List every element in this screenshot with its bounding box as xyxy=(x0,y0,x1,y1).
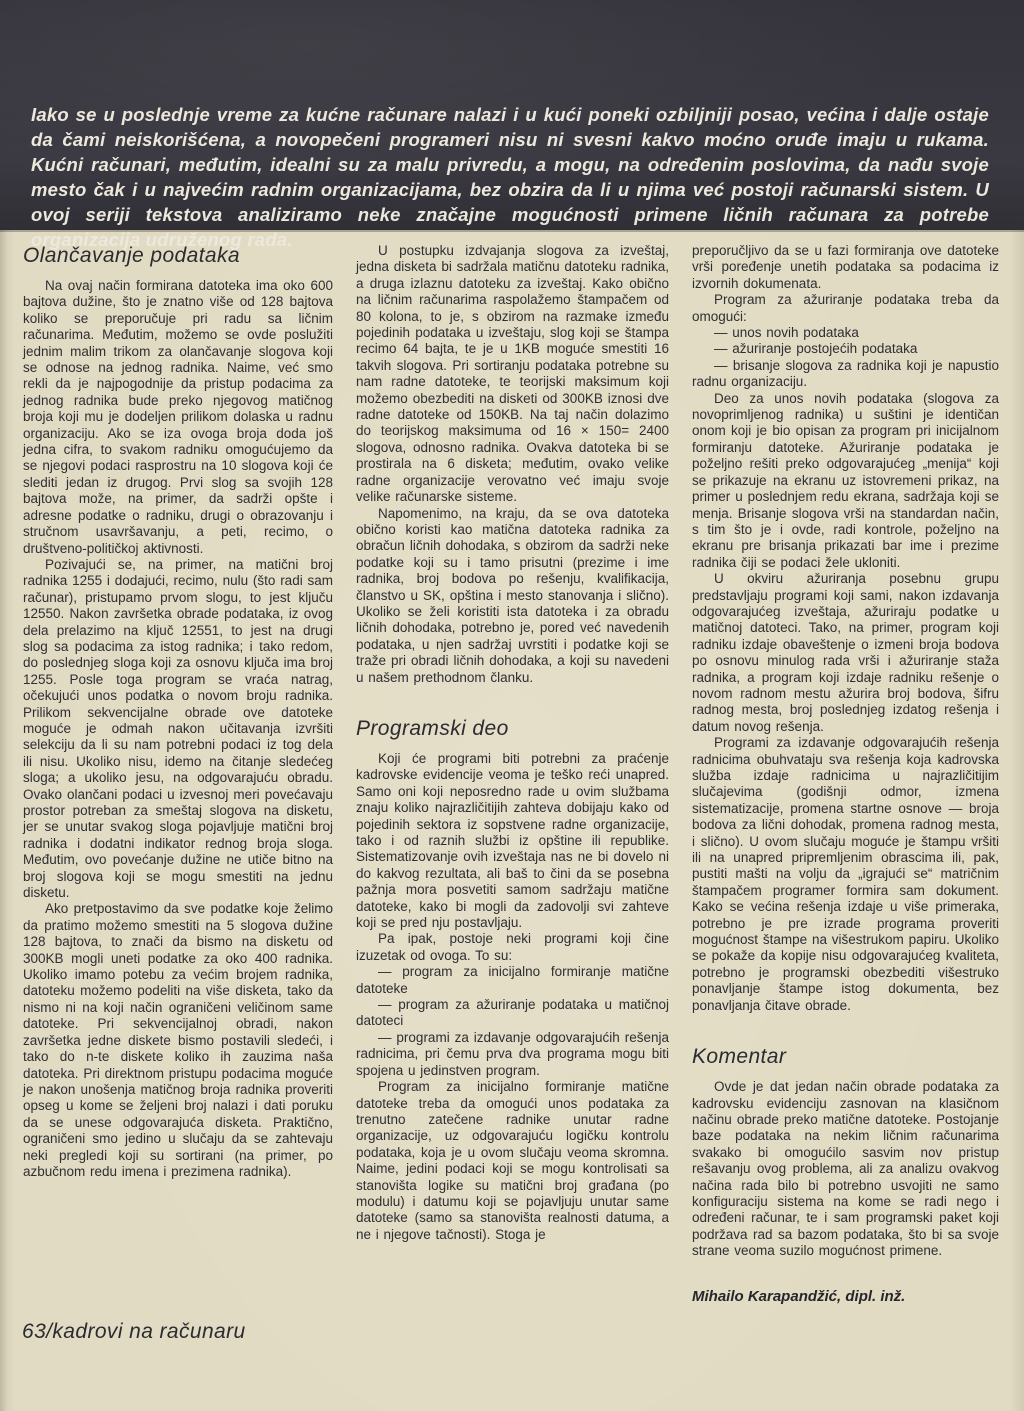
list-item: — ažuriranje postojećih podataka xyxy=(692,341,999,357)
column-1: Olančavanje podataka Na ovaj način formi… xyxy=(23,243,333,1321)
article-columns: Olančavanje podataka Na ovaj način formi… xyxy=(23,243,999,1321)
paragraph: Program za inicijalno formiranje matične… xyxy=(356,1079,669,1243)
header-band: Iako se u poslednje vreme za kućne račun… xyxy=(0,0,1024,230)
author-byline: Mihailo Karapandžić, dipl. inž. xyxy=(692,1288,999,1306)
list-item: — brisanje slogova za radnika koji je na… xyxy=(692,358,999,391)
section-heading-programski-deo: Programski deo xyxy=(356,716,669,742)
paragraph: U postupku izdvajanja slogova za izvešta… xyxy=(356,243,669,506)
section-heading-komentar: Komentar xyxy=(692,1044,999,1070)
paragraph: Pa ipak, postoje neki programi koji čine… xyxy=(356,931,669,964)
magazine-page: Iako se u poslednje vreme za kućne račun… xyxy=(0,0,1024,1411)
list-item: — programi za izdavanje odgovarajućih re… xyxy=(356,1030,669,1079)
paragraph: Ako pretpostavimo da sve podatke koje že… xyxy=(23,901,333,1180)
section-heading-olancavanje: Olančavanje podataka xyxy=(23,243,333,269)
paragraph: Pozivajući se, na primer, na matični bro… xyxy=(23,557,333,902)
paragraph: Deo za unos novih podataka (slogova za n… xyxy=(692,391,999,571)
paragraph: U okviru ažuriranja posebnu grupu predst… xyxy=(692,571,999,735)
list-item: — program za inicijalno formiranje matič… xyxy=(356,964,669,997)
column-3: preporučljivo da se u fazi formiranja ov… xyxy=(692,243,999,1321)
column-2: U postupku izdvajanja slogova za izvešta… xyxy=(356,243,669,1321)
paragraph: Programi za izdavanje odgovarajućih reše… xyxy=(692,735,999,1014)
list-item: — program za ažuriranje podataka u matič… xyxy=(356,997,669,1030)
paragraph: Program za ažuriranje podataka treba da … xyxy=(692,292,999,325)
paragraph: Koji će programi biti potrebni za praćen… xyxy=(356,751,669,931)
paragraph: preporučljivo da se u fazi formiranja ov… xyxy=(692,243,999,292)
list-item: — unos novih podataka xyxy=(692,325,999,341)
page-footer: 63/kadrovi na računaru xyxy=(22,1320,246,1344)
intro-paragraph: Iako se u poslednje vreme za kućne račun… xyxy=(31,102,989,252)
paragraph: Napomenimo, na kraju, da se ova datoteka… xyxy=(356,506,669,686)
paragraph: Ovde je dat jedan način obrade podataka … xyxy=(692,1079,999,1259)
paragraph: Na ovaj način formirana datoteka ima oko… xyxy=(23,278,333,557)
